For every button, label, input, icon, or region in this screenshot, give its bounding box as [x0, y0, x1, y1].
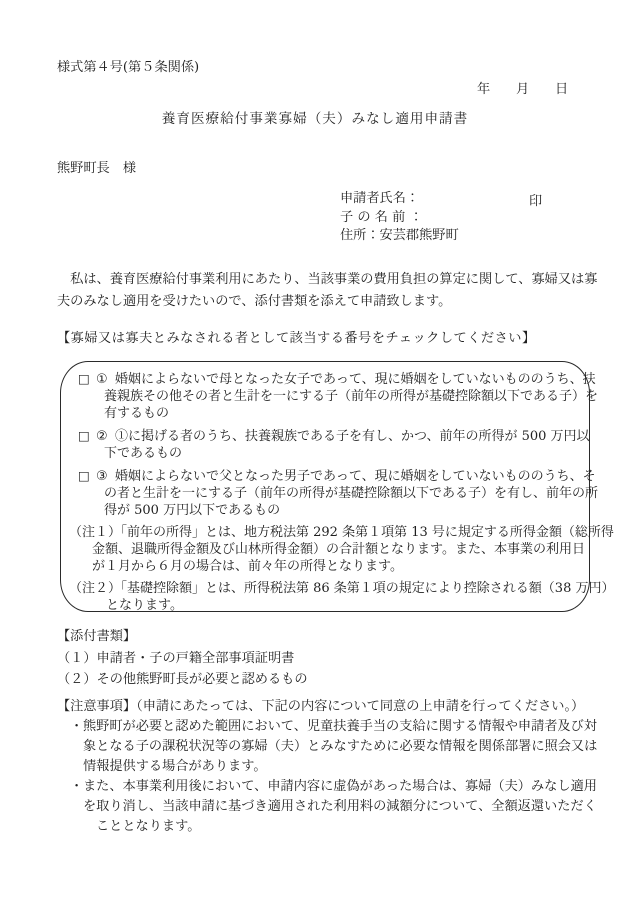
bullet-icon: ・: [70, 717, 83, 737]
checkbox-2[interactable]: □: [78, 427, 96, 444]
item-1-line-3: 有するもの: [61, 405, 589, 422]
attachments-heading: 【添付書類】: [57, 626, 308, 648]
item-3-line-2: の者と生計を一にする子（前年の所得が基礎控除額以下である子）を有し、前年の所: [61, 485, 589, 502]
notice-1-line-2: 象となる子の課税状況等の寡婦（夫）とみなすために必要な情報を関係部署に照会又は: [57, 737, 597, 757]
notice-1-line-1: 熊野町が必要と認めた範囲において、児童扶養手当の支給に関する情報や申請者及び対: [83, 719, 597, 734]
attachment-item-1: （１）申請者・子の戸籍全部事項証明書: [57, 648, 308, 670]
notices-heading: 【注意事項】（申請にあたっては、下記の内容について同意の上申請を行ってください。…: [57, 697, 597, 717]
notice-2-line-1: また、本事業利用後において、申請内容に虚偽があった場合は、寡婦（夫）みなし適用: [83, 779, 597, 794]
application-form-page: 様式第４号(第５条関係) 年 月 日 養育医療給付事業寡婦（夫）みなし適用申請書…: [0, 0, 630, 903]
checkbox-1[interactable]: □: [78, 370, 96, 387]
date-day-label: 日: [555, 78, 568, 97]
item-3-line-1: 婚姻によらないで父となった男子であって、現に婚姻をしていないもののうち、そ: [115, 469, 596, 484]
address-label: 住所：安芸郡熊野町: [340, 227, 459, 246]
applicant-name-label: 申請者氏名：: [340, 190, 459, 209]
notice-2-line-2: を取り消し、当該申請に基づき適用された利用料の減額分について、全額返還いただく: [57, 797, 597, 817]
checkbox-3[interactable]: □: [78, 467, 96, 484]
note-2-line-2: となります。: [61, 597, 589, 614]
item-2-line-1: ①に掲げる者のうち、扶養親族である子を有し、かつ、前年の所得が 500 万円以: [115, 429, 590, 444]
item-1-line-2: 養親族その他その者と生計を一にする子（前年の所得が基礎控除額以下である子）を: [61, 388, 589, 405]
item-number-2: ②: [96, 428, 115, 445]
note-1-line-2: 金額、退職所得金額及び山林所得金額）の合計額となります。また、本事業の利用日: [61, 541, 589, 558]
item-number-1: ①: [96, 371, 115, 388]
bullet-icon: ・: [70, 777, 83, 797]
checklist-item-2: □②①に掲げる者のうち、扶養親族である子を有し、かつ、前年の所得が 500 万円…: [61, 427, 589, 462]
checklist-item-1: □①婚姻によらないで母となった女子であって、現に婚姻をしていないもののうち、扶 …: [61, 370, 589, 422]
item-2-line-2: 下であるもの: [61, 445, 589, 462]
intro-line-2: 夫のみなし適用を受けたいので、添付書類を添えて申請致します。: [57, 291, 597, 313]
note-2-line-1: 「基礎控除額」とは、所得税法第 86 条第１項の規定により控除される額（38 万…: [114, 581, 614, 596]
form-number: 様式第４号(第５条関係): [57, 56, 199, 75]
intro-line-1: 私は、養育医療給付事業利用にあたり、当該事業の費用負担の算定に関して、寡婦又は寡: [57, 269, 597, 291]
notice-2-line-3: こととなります。: [57, 817, 597, 837]
addressee: 熊野町長 様: [57, 157, 136, 176]
child-name-label: 子 の 名 前 ：: [340, 209, 459, 228]
attachments-section: 【添付書類】 （１）申請者・子の戸籍全部事項証明書 （２）その他熊野町長が必要と…: [57, 626, 308, 691]
item-1-line-1: 婚姻によらないで母となった女子であって、現に婚姻をしていないもののうち、扶: [115, 372, 596, 387]
applicant-block: 申請者氏名： 子 の 名 前 ： 住所：安芸郡熊野町: [340, 190, 459, 246]
checklist-box: □①婚姻によらないで母となった女子であって、現に婚姻をしていないもののうち、扶 …: [60, 361, 590, 612]
note-1-line-3: が１月から６月の場合は、前々年の所得となります。: [61, 558, 589, 575]
note-1: （注１）「前年の所得」とは、地方税法第 292 条第１項第 13 号に規定する所…: [61, 524, 589, 575]
notices-section: 【注意事項】（申請にあたっては、下記の内容について同意の上申請を行ってください。…: [57, 697, 597, 837]
checklist-item-3: □③婚姻によらないで父となった男子であって、現に婚姻をしていないもののうち、そ …: [61, 467, 589, 519]
note-1-line-1: 「前年の所得」とは、地方税法第 292 条第１項第 13 号に規定する所得金額（…: [114, 525, 614, 540]
attachment-item-2: （２）その他熊野町長が必要と認めるもの: [57, 669, 308, 691]
note-2-label: （注２）: [69, 580, 114, 597]
page-title: 養育医療給付事業寡婦（夫）みなし適用申請書: [0, 107, 630, 127]
checklist-heading: 【寡婦又は寡夫とみなされる者として該当する番号をチェックしてください】: [57, 327, 536, 346]
date-month-label: 月: [516, 78, 529, 97]
note-2: （注２）「基礎控除額」とは、所得税法第 86 条第１項の規定により控除される額（…: [61, 580, 589, 614]
item-number-3: ③: [96, 468, 115, 485]
note-1-label: （注１）: [69, 524, 114, 541]
item-3-line-3: 得が 500 万円以下であるもの: [61, 502, 589, 519]
date-year-label: 年: [477, 78, 490, 97]
seal-stamp-label: 印: [529, 190, 542, 209]
intro-paragraph: 私は、養育医療給付事業利用にあたり、当該事業の費用負担の算定に関して、寡婦又は寡…: [57, 269, 597, 313]
notice-1-line-3: 情報提供する場合があります。: [57, 757, 597, 777]
